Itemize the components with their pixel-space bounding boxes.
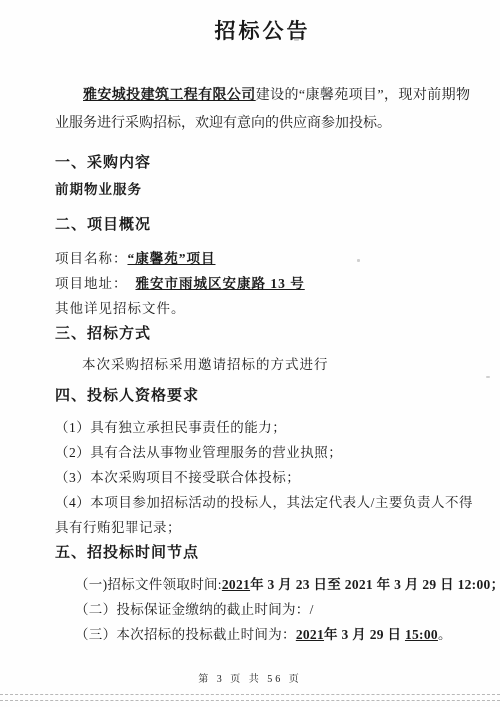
qualification-item: （3）本次采购项目不接受联合体投标； (55, 465, 473, 490)
schedule-item-3-label: （三）本次招标的投标截止时间为： (75, 627, 296, 642)
schedule-item-1: （一)招标文件领取时间:2021年 3 月 23 日至 2021 年 3 月 2… (75, 572, 470, 597)
document-page: 招标公告 雅安城投建筑工程有限公司建设的“康馨苑项目”，现对前期物业服务进行采购… (0, 0, 500, 707)
intro-paragraph: 雅安城投建筑工程有限公司建设的“康馨苑项目”，现对前期物业服务进行采购招标，欢迎… (55, 82, 470, 138)
schedule-item-3: （三）本次招标的投标截止时间为：2021年 3 月 29 日 15:00。 (75, 622, 470, 647)
section3-heading: 三、招标方式 (55, 323, 470, 345)
schedule-item-1-label: （一)招标文件领取时间: (75, 577, 222, 592)
project-address-label: 项目地址： (55, 276, 128, 291)
scan-edge-line (0, 694, 500, 695)
qualification-list: （1）具有独立承担民事责任的能力； （2）具有合法从事物业管理服务的营业执照； … (55, 415, 473, 540)
schedule-item-1-year: 2021 (222, 577, 250, 592)
schedule-item-2: （二）投标保证金缴纳的截止时间为：/ (75, 597, 470, 622)
qualification-item: （4）本项目参加招标活动的投标人，其法定代表人/主要负责人不得具有行贿犯罪记录； (55, 490, 473, 540)
scan-speck (357, 259, 360, 262)
schedule-item-3-year: 2021 (296, 627, 324, 642)
project-address-line: 项目地址：雅安市雨城区安康路 13 号 (55, 271, 470, 296)
schedule-item-3-end: 。 (438, 627, 452, 642)
project-name-line: 项目名称：“康馨苑”项目 (55, 246, 470, 271)
project-name-label: 项目名称： (55, 251, 128, 266)
company-name: 雅安城投建筑工程有限公司 (83, 88, 256, 103)
schedule-list: （一)招标文件领取时间:2021年 3 月 23 日至 2021 年 3 月 2… (55, 572, 470, 647)
scan-speck (486, 376, 490, 378)
scan-edge-line (0, 700, 500, 701)
schedule-item-1-dates: 年 3 月 23 日至 2021 年 3 月 29 日 12:00； (250, 577, 500, 592)
section5-heading: 五、招投标时间节点 (55, 542, 470, 564)
doc-title: 招标公告 (55, 16, 470, 46)
project-address-value: 雅安市雨城区安康路 13 号 (136, 276, 305, 291)
section1-heading: 一、采购内容 (55, 152, 470, 174)
project-note-line: 其他详见招标文件。 (55, 296, 470, 321)
section2-body: 项目名称：“康馨苑”项目 项目地址：雅安市雨城区安康路 13 号 其他详见招标文… (55, 246, 470, 321)
section1-content: 前期物业服务 (55, 180, 470, 200)
document-content: 招标公告 雅安城投建筑工程有限公司建设的“康馨苑项目”，现对前期物业服务进行采购… (0, 16, 500, 647)
schedule-item-3-time: 15:00 (405, 627, 438, 642)
page-footer: 第 3 页 共 56 页 (0, 670, 500, 685)
qualification-item: （1）具有独立承担民事责任的能力； (55, 415, 473, 440)
schedule-item-3-date: 年 3 月 29 日 (324, 627, 405, 642)
section2-heading: 二、项目概况 (55, 214, 470, 236)
project-name-value: “康馨苑”项目 (128, 251, 216, 266)
qualification-item: （2）具有合法从事物业管理服务的营业执照； (55, 440, 473, 465)
scan-speck (294, 38, 299, 41)
section4-heading: 四、投标人资格要求 (55, 385, 470, 407)
section3-content: 本次采购招标采用邀请招标的方式进行 (55, 355, 470, 375)
